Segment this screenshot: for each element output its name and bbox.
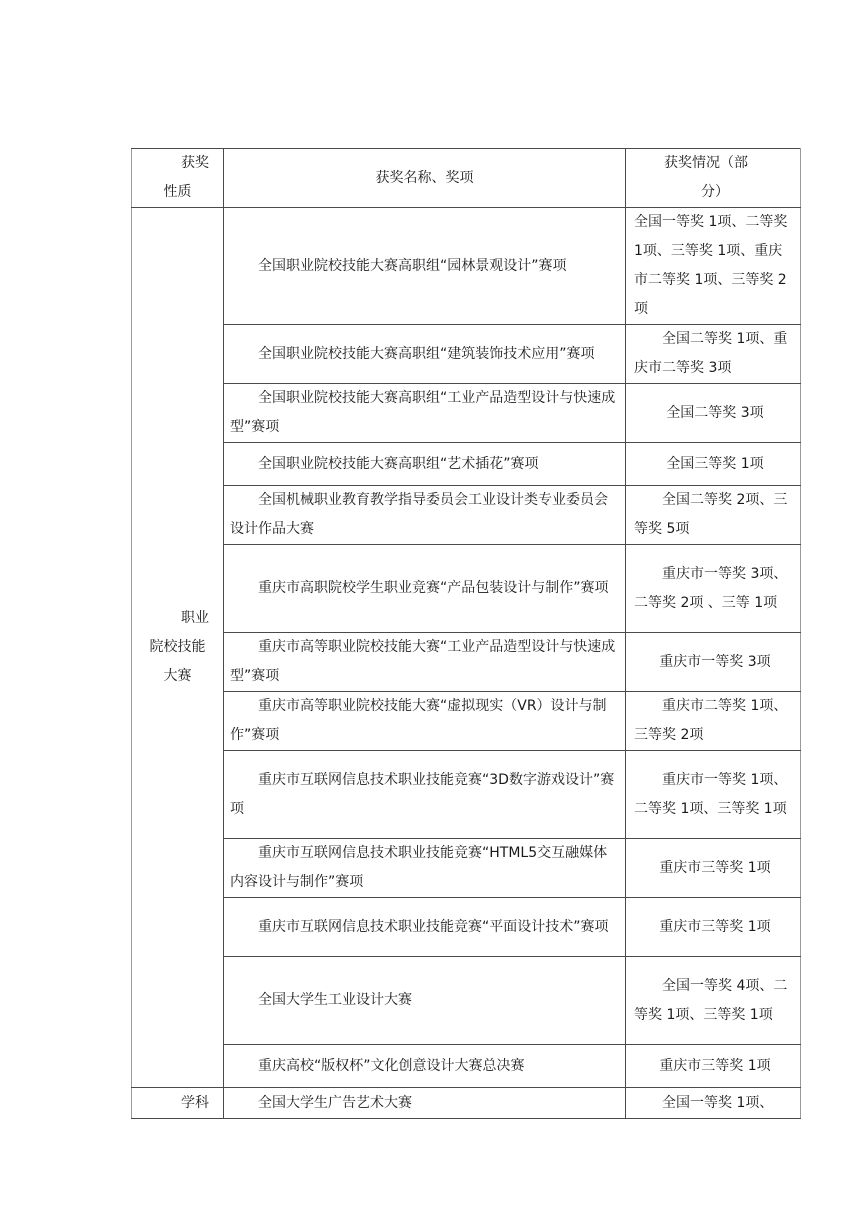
award-result: 全国一等奖 4项、二等奖 1项、三等奖 1项	[626, 957, 801, 1045]
header-row: 获奖 性质 获奖名称、奖项 获奖情况（部 分）	[132, 149, 801, 208]
table-row: 全国职业院校技能大赛高职组“建筑装饰技术应用”赛项 全国二等奖 1项、重庆市二等…	[132, 325, 801, 384]
award-result: 重庆市三等奖 1项	[626, 1045, 801, 1088]
table-row: 重庆市高等职业院校技能大赛“工业产品造型设计与快速成型”赛项 重庆市一等奖 3项	[132, 633, 801, 692]
table-row: 重庆市互联网信息技术职业技能竞赛“HTML5交互融媒体内容设计与制作”赛项 重庆…	[132, 839, 801, 898]
category-vocational: 职业 院校技能 大赛	[132, 208, 224, 1088]
award-result: 全国三等奖 1项	[626, 443, 801, 486]
table-row: 全国职业院校技能大赛高职组“工业产品造型设计与快速成型”赛项 全国二等奖 3项	[132, 384, 801, 443]
header-award-name: 获奖名称、奖项	[224, 149, 626, 208]
award-result: 全国一等奖 1项、	[626, 1088, 801, 1119]
table-row: 重庆市高职院校学生职业竞赛“产品包装设计与制作”赛项 重庆市一等奖 3项、二等奖…	[132, 545, 801, 633]
table-row: 全国大学生工业设计大赛 全国一等奖 4项、二等奖 1项、三等奖 1项	[132, 957, 801, 1045]
table-row: 重庆市高等职业院校技能大赛“虚拟现实（VR）设计与制作”赛项 重庆市二等奖 1项…	[132, 692, 801, 751]
award-result: 重庆市一等奖 3项、二等奖 2项 、三等 1项	[626, 545, 801, 633]
header-category: 获奖 性质	[132, 149, 224, 208]
award-name: 全国大学生广告艺术大赛	[224, 1088, 626, 1119]
award-name: 全国大学生工业设计大赛	[224, 957, 626, 1045]
award-name: 重庆市高等职业院校技能大赛“工业产品造型设计与快速成型”赛项	[224, 633, 626, 692]
award-name: 重庆市高等职业院校技能大赛“虚拟现实（VR）设计与制作”赛项	[224, 692, 626, 751]
category-discipline: 学科	[132, 1088, 224, 1119]
award-name: 重庆市互联网信息技术职业技能竞赛“HTML5交互融媒体内容设计与制作”赛项	[224, 839, 626, 898]
award-result: 重庆市二等奖 1项、三等奖 2项	[626, 692, 801, 751]
table-row: 重庆市互联网信息技术职业技能竞赛“平面设计技术”赛项 重庆市三等奖 1项	[132, 898, 801, 957]
table-row: 全国职业院校技能大赛高职组“艺术插花”赛项 全国三等奖 1项	[132, 443, 801, 486]
table-row: 学科 全国大学生广告艺术大赛 全国一等奖 1项、	[132, 1088, 801, 1119]
table-row: 重庆市互联网信息技术职业技能竞赛“3D数字游戏设计”赛项 重庆市一等奖 1项、二…	[132, 751, 801, 839]
award-result: 重庆市三等奖 1项	[626, 898, 801, 957]
award-result: 重庆市一等奖 3项	[626, 633, 801, 692]
award-name: 重庆市互联网信息技术职业技能竞赛“3D数字游戏设计”赛项	[224, 751, 626, 839]
table-row: 全国机械职业教育教学指导委员会工业设计类专业委员会设计作品大赛 全国二等奖 2项…	[132, 486, 801, 545]
award-result: 全国二等奖 1项、重庆市二等奖 3项	[626, 325, 801, 384]
award-result: 全国一等奖 1项、二等奖 1项、三等奖 1项、重庆市二等奖 1项、三等奖 2项	[626, 208, 801, 325]
header-award-result: 获奖情况（部 分）	[626, 149, 801, 208]
table-row: 职业 院校技能 大赛 全国职业院校技能大赛高职组“园林景观设计”赛项 全国一等奖…	[132, 208, 801, 325]
award-result: 全国二等奖 3项	[626, 384, 801, 443]
award-name: 重庆高校“版权杯”文化创意设计大赛总决赛	[224, 1045, 626, 1088]
award-name: 重庆市互联网信息技术职业技能竞赛“平面设计技术”赛项	[224, 898, 626, 957]
award-result: 全国二等奖 2项、三等奖 5项	[626, 486, 801, 545]
award-result: 重庆市一等奖 1项、二等奖 1项、三等奖 1项	[626, 751, 801, 839]
award-name: 重庆市高职院校学生职业竞赛“产品包装设计与制作”赛项	[224, 545, 626, 633]
award-name: 全国职业院校技能大赛高职组“艺术插花”赛项	[224, 443, 626, 486]
table-row: 重庆高校“版权杯”文化创意设计大赛总决赛 重庆市三等奖 1项	[132, 1045, 801, 1088]
award-name: 全国职业院校技能大赛高职组“建筑装饰技术应用”赛项	[224, 325, 626, 384]
award-name: 全国机械职业教育教学指导委员会工业设计类专业委员会设计作品大赛	[224, 486, 626, 545]
awards-table: 获奖 性质 获奖名称、奖项 获奖情况（部 分） 职业 院校技能 大赛 全国职业院…	[131, 148, 801, 1119]
award-name: 全国职业院校技能大赛高职组“工业产品造型设计与快速成型”赛项	[224, 384, 626, 443]
award-result: 重庆市三等奖 1项	[626, 839, 801, 898]
award-name: 全国职业院校技能大赛高职组“园林景观设计”赛项	[224, 208, 626, 325]
